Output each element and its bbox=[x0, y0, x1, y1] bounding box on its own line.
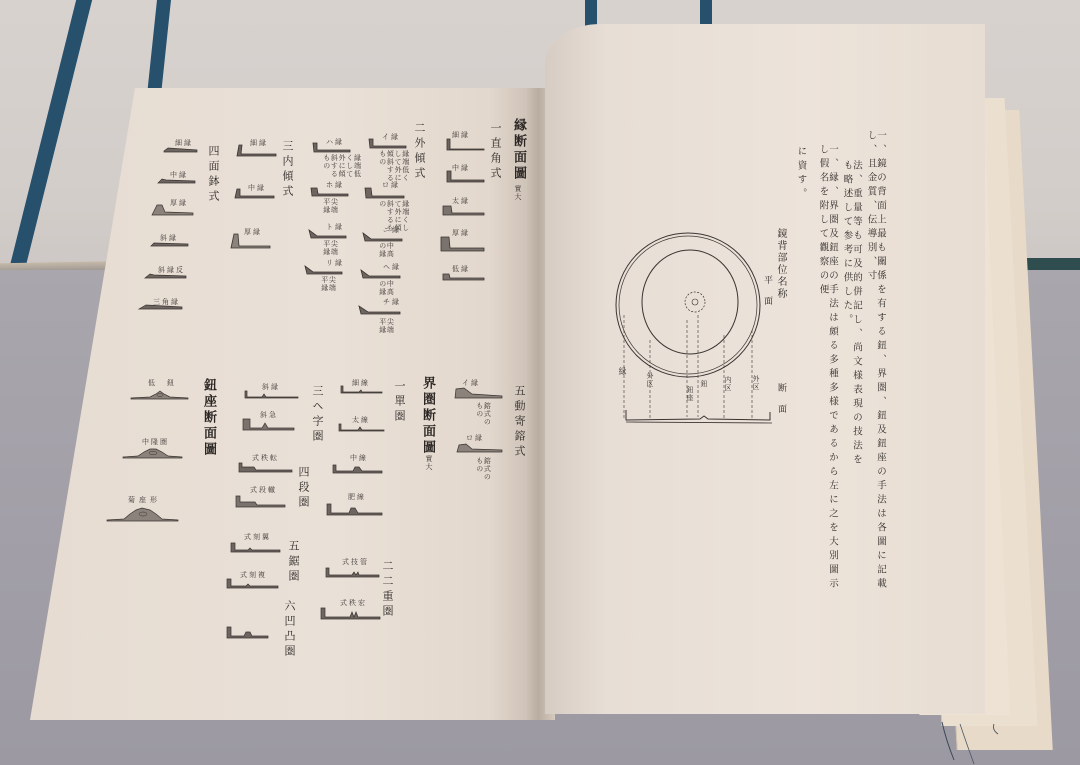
rim-profile-shape bbox=[312, 142, 352, 154]
rim-profile-shape bbox=[151, 203, 195, 217]
rim-profile-shape bbox=[230, 232, 272, 250]
rim-profile-shape bbox=[446, 138, 486, 152]
rim-profile-shape bbox=[157, 177, 197, 185]
rim-profile-shape bbox=[358, 304, 402, 316]
note-line: に資す。 bbox=[796, 146, 806, 206]
ring-profile-shape bbox=[338, 423, 386, 433]
scale-label: 實大 bbox=[425, 455, 432, 471]
rim-profile-shape bbox=[144, 272, 188, 280]
rim-profile-shape bbox=[310, 186, 350, 198]
rim-profile-shape bbox=[308, 228, 348, 240]
section-heading: 一直角式 bbox=[490, 122, 501, 182]
ring-profile-shape bbox=[226, 578, 280, 590]
ring-profile-shape bbox=[332, 463, 384, 475]
rim-profile-shape bbox=[236, 144, 278, 158]
knob-profile-shape bbox=[122, 445, 184, 459]
group-heading: 四段圏 bbox=[298, 466, 309, 511]
note-line: 一、鏡の背面上最も關係を有する鈕、界圏、鈕及鈕座の手法は各圖に記載し、且金質、伝… bbox=[866, 130, 885, 600]
ring-profile-shape bbox=[230, 542, 282, 554]
rim-profile-shape bbox=[456, 442, 504, 454]
ring-profile-shape bbox=[325, 567, 381, 579]
note-line: 法、重量等も可及的併記し、尚文様表現の技法をも略述して参考に供した。 bbox=[842, 160, 861, 480]
knob-profile-shape bbox=[106, 504, 180, 522]
knob-profile-shape bbox=[130, 388, 190, 400]
group-heading: 五鋸圏 bbox=[288, 540, 299, 585]
ring-profile-shape bbox=[235, 495, 287, 509]
ring-profile-shape bbox=[340, 385, 384, 395]
rim-profile-shape bbox=[150, 240, 190, 248]
rim-profile-shape bbox=[304, 264, 344, 276]
page-title: 縁断面圖 bbox=[512, 118, 525, 182]
section-title: 界圏断面圖 bbox=[421, 376, 434, 456]
rim-profile-shape bbox=[138, 304, 184, 310]
ring-profile-shape bbox=[226, 626, 270, 640]
rim-profile-shape bbox=[364, 186, 406, 200]
note-line: 一、縁、界圏及鈕座の手法は頗る多種多様であるから左に之を大別圖示し假名を附して觀… bbox=[818, 144, 837, 594]
rim-profile-shape bbox=[442, 272, 486, 282]
rim-profile-shape bbox=[446, 170, 486, 184]
rim-profile-shape bbox=[163, 146, 199, 154]
ring-profile-shape bbox=[326, 503, 384, 517]
section-title: 鈕座断面圖 bbox=[202, 378, 215, 458]
loose-binding-threads bbox=[940, 720, 1020, 765]
scale-label: 實大 bbox=[514, 185, 521, 201]
section-heading: 五動寄鎔式 bbox=[514, 385, 525, 460]
ring-profile-shape bbox=[320, 607, 382, 621]
ring-profile-shape bbox=[238, 462, 294, 474]
group-heading: 三ヘ字圏 bbox=[312, 385, 323, 445]
rim-profile-shape bbox=[368, 138, 408, 150]
rim-profile-shape bbox=[442, 203, 486, 217]
section-heading: 四面鉢式 bbox=[208, 145, 219, 205]
group-heading: 一單圏 bbox=[394, 380, 405, 425]
rim-profile-shape bbox=[234, 188, 276, 200]
mirror-diagram bbox=[600, 220, 775, 435]
section-view-label: 断面 bbox=[776, 383, 785, 425]
section-heading: 三内傾式 bbox=[282, 140, 293, 200]
rim-profile-shape bbox=[360, 268, 402, 280]
ring-profile-shape bbox=[242, 418, 296, 432]
section-heading: 二外傾式 bbox=[414, 122, 425, 182]
rim-profile-shape bbox=[440, 235, 486, 253]
group-heading: 二二重圏 bbox=[382, 560, 393, 620]
diagram-title: 鏡背部位名称 bbox=[775, 228, 785, 300]
ring-profile-shape bbox=[244, 390, 300, 400]
group-heading: 六凹凸圏 bbox=[284, 600, 295, 660]
rim-profile-shape bbox=[454, 386, 504, 400]
